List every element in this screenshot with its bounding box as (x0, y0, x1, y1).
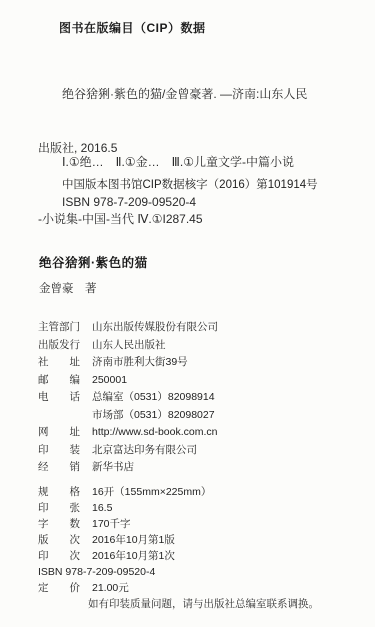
colophon-value: http://www.sd-book.com.cn (92, 426, 217, 438)
cip-data-heading: 图书在版编目（CIP）数据 (59, 19, 206, 36)
colophon-label: 电 话 (38, 391, 92, 403)
colophon-value: 北京富达印务有限公司 (92, 444, 197, 456)
colophon-row-printer: 印 装 北京富达印务有限公司 (38, 444, 319, 456)
colophon-row-edition: 版 次 2016年10月第1版 (38, 534, 319, 546)
colophon-row-phone-editorial: 电 话 总编室（0531）82098914 (38, 391, 319, 403)
colophon-row-impression: 印 次 2016年10月第1次 (38, 550, 319, 562)
colophon-label: 定 价 (38, 582, 92, 594)
colophon-row-wordcount: 字 数 170千字 (38, 518, 319, 530)
colophon-value: 21.00元 (92, 582, 129, 594)
colophon-value: 山东人民出版社 (92, 339, 166, 351)
book-title-block: 绝谷猞猁·紫色的猫 金曾豪 著 (39, 253, 148, 296)
cip-classification-line-2: -小说集-中国-当代 Ⅳ.①I287.45 (38, 210, 294, 229)
colophon-value: 新华书店 (92, 461, 134, 473)
colophon: 主管部门 山东出版传媒股份有限公司 出版发行 山东人民出版社 社 址 济南市胜利… (38, 321, 319, 611)
colophon-label: 规 格 (38, 486, 92, 498)
cip-classification-line-1: Ⅰ.①绝… Ⅱ.①金… Ⅲ.①儿童文学-中篇小说 (38, 153, 294, 172)
colophon-value: 250001 (92, 374, 127, 386)
colophon-label: 邮 编 (38, 374, 92, 386)
colophon-label: 出版发行 (38, 339, 92, 351)
colophon-value: 170千字 (92, 518, 131, 530)
colophon-row-website: 网 址 http://www.sd-book.com.cn (38, 426, 319, 438)
colophon-value: 16开（155mm×225mm） (92, 486, 211, 498)
colophon-label: 经 销 (38, 461, 92, 473)
quality-notice: 如有印装质量问题，请与出版社总编室联系调换。 (88, 598, 319, 611)
colophon-row-sheets: 印 张 16.5 (38, 502, 319, 514)
book-title: 绝谷猞猁·紫色的猫 (39, 253, 148, 271)
colophon-row-supervisor: 主管部门 山东出版传媒股份有限公司 (38, 321, 319, 333)
copyright-page: 图书在版编目（CIP）数据 绝谷猞猁·紫色的猫/金曾豪著. —济南:山东人民 出… (0, 0, 375, 627)
colophon-label: 印 装 (38, 444, 92, 456)
colophon-label: 印 张 (38, 502, 92, 514)
colophon-row-phone-marketing: 市场部（0531）82098027 (38, 409, 319, 421)
book-author: 金曾豪 著 (39, 280, 148, 296)
colophon-spec-group: 规 格 16开（155mm×225mm） 印 张 16.5 字 数 170千字 … (38, 486, 319, 611)
colophon-label: 版 次 (38, 534, 92, 546)
colophon-value: 市场部（0531）82098027 (92, 409, 215, 421)
colophon-value: 2016年10月第1版 (92, 534, 175, 546)
colophon-row-publisher: 出版发行 山东人民出版社 (38, 339, 319, 351)
colophon-row-address: 社 址 济南市胜利大街39号 (38, 356, 319, 368)
colophon-value: 2016年10月第1次 (92, 550, 175, 562)
colophon-row-format: 规 格 16开（155mm×225mm） (38, 486, 319, 498)
cip-record-line-1: 绝谷猞猁·紫色的猫/金曾豪著. —济南:山东人民 (38, 85, 307, 103)
colophon-label: 社 址 (38, 356, 92, 368)
colophon-value: 总编室（0531）82098914 (92, 391, 215, 403)
colophon-label: 字 数 (38, 518, 92, 530)
colophon-row-distributor: 经 销 新华书店 (38, 461, 319, 473)
colophon-label: 主管部门 (38, 321, 92, 333)
cip-verification-number: 中国版本图书馆CIP数据核字（2016）第101914号 (62, 176, 318, 192)
colophon-value: 济南市胜利大街39号 (92, 356, 188, 368)
colophon-row-price: 定 价 21.00元 (38, 582, 319, 594)
colophon-value: 16.5 (92, 502, 112, 514)
colophon-isbn: ISBN 978-7-209-09520-4 (38, 566, 319, 578)
colophon-value: 山东出版传媒股份有限公司 (92, 321, 218, 333)
colophon-label: 印 次 (38, 550, 92, 562)
colophon-label: 网 址 (38, 426, 92, 438)
colophon-row-postcode: 邮 编 250001 (38, 374, 319, 386)
